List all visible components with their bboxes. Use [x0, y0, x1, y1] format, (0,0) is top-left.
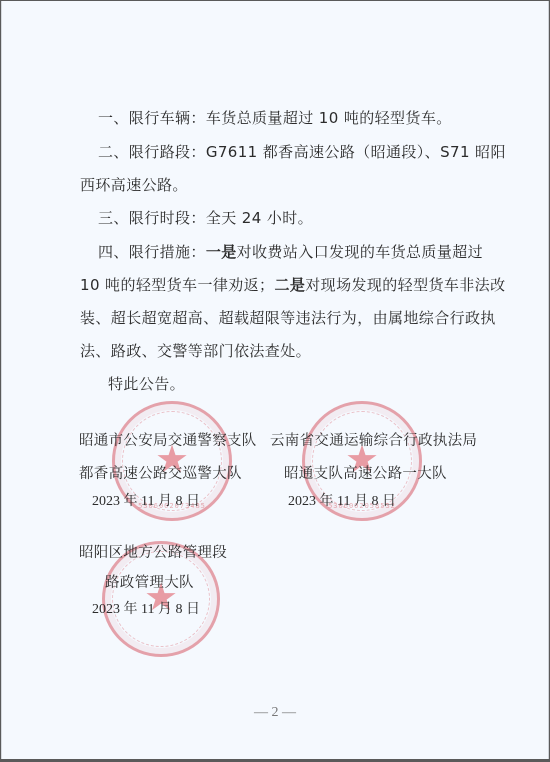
item-roads-line2: 西环高速公路。 — [80, 174, 188, 195]
item-vehicles: 一、限行车辆：车货总质量超过 10 吨的轻型货车。 — [98, 107, 452, 128]
item-measures-line1: 对收费站入口发现的车货总质量超过 — [237, 243, 483, 261]
item-vehicles-label: 一、限行车辆： — [98, 109, 206, 127]
item-measures: 四、限行措施：一是对收费站入口发现的车货总质量超过 — [98, 241, 483, 262]
signature-1-date: 2023 年 11 月 8 日 — [92, 490, 200, 510]
item-roads-line1: G7611 都香高速公路（昭通段）、S71 昭阳 — [206, 143, 506, 161]
measure-one-marker: 一是 — [206, 243, 237, 261]
signature-2-line1: 云南省交通运输综合行政执法局 — [270, 429, 477, 450]
measure-line2-rest: 对现场发现的轻型货车非法改 — [305, 276, 505, 294]
item-vehicles-text: 车货总质量超过 10 吨的轻型货车。 — [206, 109, 452, 127]
signature-2-line2: 昭通支队高速公路一大队 — [284, 462, 447, 483]
item-time-label: 三、限行时段： — [98, 209, 206, 227]
item-measures-line2: 10 吨的轻型货车一律劝返；二是对现场发现的轻型货车非法改 — [80, 274, 505, 295]
document-page: 一、限行车辆：车货总质量超过 10 吨的轻型货车。 二、限行路段：G7611 都… — [1, 1, 549, 759]
signature-3-line2: 路政管理大队 — [105, 571, 194, 592]
signature-3-date: 2023 年 11 月 8 日 — [92, 598, 200, 618]
item-roads-label: 二、限行路段： — [98, 143, 206, 161]
signature-3-line1: 昭阳区地方公路管理段 — [79, 541, 227, 562]
page-number: — 2 — — [2, 705, 548, 721]
signature-1-line2: 都香高速公路交巡警大队 — [79, 462, 242, 483]
closing-statement: 特此公告。 — [108, 373, 185, 394]
item-measures-line4: 法、路政、交警等部门依法查处。 — [80, 340, 311, 361]
item-measures-line3: 装、超长超宽超高、超载超限等违法行为，由属地综合行政执 — [80, 307, 496, 328]
item-roads: 二、限行路段：G7611 都香高速公路（昭通段）、S71 昭阳 — [98, 141, 506, 162]
signature-2-date: 2023 年 11 月 8 日 — [288, 490, 396, 510]
measure-line2-prefix: 10 吨的轻型货车一律劝返； — [80, 276, 274, 294]
item-time-text: 全天 24 小时。 — [206, 209, 313, 227]
item-time: 三、限行时段：全天 24 小时。 — [98, 207, 313, 228]
signature-1-line1: 昭通市公安局交通警察支队 — [79, 429, 257, 450]
item-measures-label: 四、限行措施： — [98, 243, 206, 261]
measure-two-marker: 二是 — [274, 276, 305, 294]
